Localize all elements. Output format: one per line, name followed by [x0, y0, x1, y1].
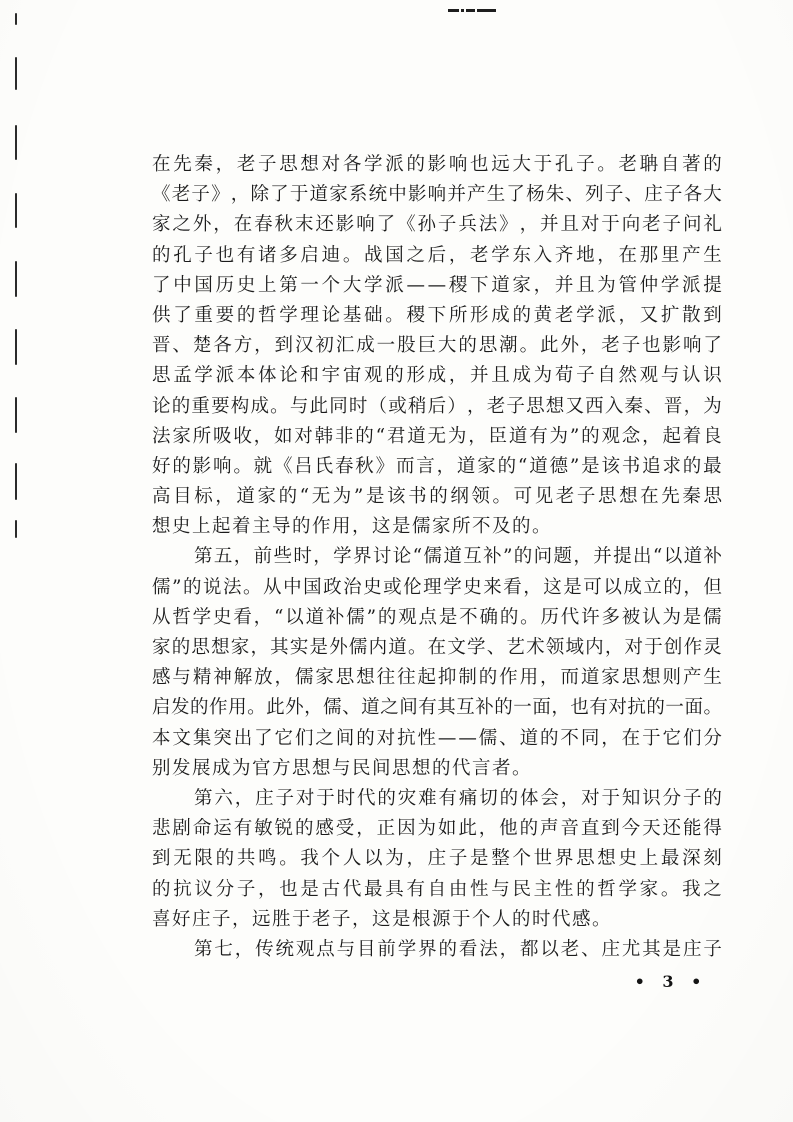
text-line: 法家所吸收，如对韩非的“君道无为，臣道有为”的观念，起着良	[152, 422, 722, 452]
text-line: 本文集突出了它们之间的对抗性——儒、道的不同，在于它们分	[152, 724, 722, 754]
text-line: 第七，传统观点与目前学界的看法，都以老、庄尤其是庄子	[152, 935, 722, 965]
text-line: 感与精神解放，儒家思想往往起抑制的作用，而道家思想则产生	[152, 663, 722, 693]
text-line: 《老子》，除了于道家系统中影响并产生了杨朱、列子、庄子各大	[152, 180, 722, 210]
text-line: 第五，前些时，学界讨论“儒道互补”的问题，并提出“以道补	[152, 542, 722, 572]
text-line: 启发的作用。此外，儒、道之间有其互补的一面，也有对抗的一面。	[152, 693, 722, 723]
text-line: 喜好庄子，远胜于老子，这是根源于个人的时代感。	[152, 905, 722, 935]
edge-mark	[15, 397, 17, 433]
text-line: 好的影响。就《吕氏春秋》而言，道家的“道德”是该书追求的最	[152, 452, 722, 482]
text-line: 儒”的说法。从中国政治史或伦理学史来看，这是可以成立的，但	[152, 573, 722, 603]
text-line: 到无限的共鸣。我个人以为，庄子是整个世界思想史上最深刻	[152, 844, 722, 874]
edge-mark	[15, 57, 17, 90]
text-line: 家的思想家，其实是外儒内道。在文学、艺术领域内，对于创作灵	[152, 633, 722, 663]
text-line: 悲剧命运有敏锐的感受，正因为如此，他的声音直到今天还能得	[152, 814, 722, 844]
text-line: 供了重要的哲学理论基础。稷下所形成的黄老学派，又扩散到	[152, 301, 722, 331]
text-line: 晋、楚各方，到汉初汇成一股巨大的思潮。此外，老子也影响了	[152, 331, 722, 361]
text-line: 想史上起着主导的作用，这是儒家所不及的。	[152, 512, 722, 542]
edge-mark	[15, 193, 17, 228]
edge-mark	[15, 329, 17, 365]
top-edge-mark	[448, 9, 496, 12]
text-line: 思孟学派本体论和宇宙观的形成，并且成为荀子自然观与认识	[152, 361, 722, 391]
edge-mark	[15, 125, 17, 160]
text-line: 高目标，道家的“无为”是该书的纲领。可见老子思想在先秦思	[152, 482, 722, 512]
text-line: 的抗议分子，也是古代最具有自由性与民主性的哲学家。我之	[152, 875, 722, 905]
text-line: 了中国历史上第一个大学派——稷下道家，并且为管仲学派提	[152, 271, 722, 301]
text-line: 从哲学史看，“以道补儒”的观点是不确的。历代许多被认为是儒	[152, 603, 722, 633]
edge-mark	[15, 520, 17, 538]
edge-mark	[15, 13, 17, 25]
text-line: 别发展成为官方思想与民间思想的代言者。	[152, 754, 722, 784]
text-line: 第六，庄子对于时代的灾难有痛切的体会，对于知识分子的	[152, 784, 722, 814]
page-number: • 3 •	[616, 972, 726, 991]
text-line: 的孔子也有诸多启迪。战国之后，老学东入齐地，在那里产生	[152, 241, 722, 271]
page-body-text: 在先秦，老子思想对各学派的影响也远大于孔子。老聃自著的《老子》，除了于道家系统中…	[152, 150, 722, 965]
edge-mark	[15, 463, 17, 500]
edge-mark	[15, 261, 17, 297]
text-line: 家之外，在春秋末还影响了《孙子兵法》，并且对于向老子问礼	[152, 210, 722, 240]
scanned-book-page: 在先秦，老子思想对各学派的影响也远大于孔子。老聃自著的《老子》，除了于道家系统中…	[0, 0, 793, 1122]
text-line: 论的重要构成。与此同时（或稍后），老子思想又西入秦、晋，为	[152, 392, 722, 422]
text-line: 在先秦，老子思想对各学派的影响也远大于孔子。老聃自著的	[152, 150, 722, 180]
